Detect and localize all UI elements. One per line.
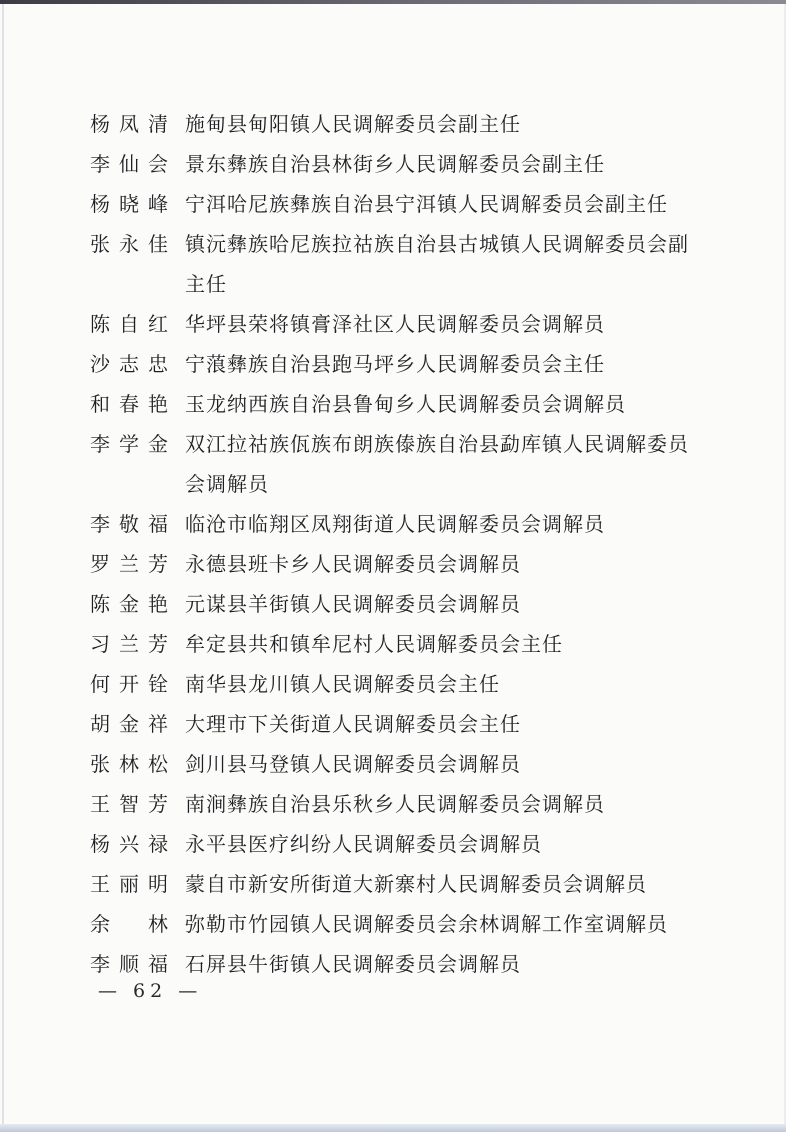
person-name: 李敬福 xyxy=(90,504,168,544)
person-name: 王智芳 xyxy=(90,784,168,824)
scan-edge-left xyxy=(2,4,4,1124)
list-item: 李学金 双江拉祜族佤族布朗族傣族自治县勐库镇人民调解委员会调解员 xyxy=(90,424,693,504)
person-name: 李顺福 xyxy=(90,944,168,984)
person-position: 玉龙纳西族自治县鲁甸乡人民调解委员会调解员 xyxy=(185,384,693,424)
person-position: 华坪县荣将镇膏泽社区人民调解委员会调解员 xyxy=(185,304,693,344)
list-item: 李敬福 临沧市临翔区凤翔街道人民调解委员会调解员 xyxy=(90,504,693,544)
person-name: 胡金祥 xyxy=(90,704,168,744)
list-item: 张永佳 镇沅彝族哈尼族拉祜族自治县古城镇人民调解委员会副主任 xyxy=(90,224,693,304)
list-item: 王智芳 南涧彝族自治县乐秋乡人民调解委员会调解员 xyxy=(90,784,693,824)
person-position: 大理市下关街道人民调解委员会主任 xyxy=(185,704,693,744)
list-item: 罗兰芳 永德县班卡乡人民调解委员会调解员 xyxy=(90,544,693,584)
person-position: 施甸县甸阳镇人民调解委员会副主任 xyxy=(185,104,693,144)
person-position: 宁蒗彝族自治县跑马坪乡人民调解委员会主任 xyxy=(185,344,693,384)
person-name: 罗兰芳 xyxy=(90,544,168,584)
person-position: 石屏县牛街镇人民调解委员会调解员 xyxy=(185,944,693,984)
mediator-honor-roll-list: 杨凤清 施甸县甸阳镇人民调解委员会副主任 李仙会 景东彝族自治县林街乡人民调解委… xyxy=(90,104,693,984)
list-item: 陈自红 华坪县荣将镇膏泽社区人民调解委员会调解员 xyxy=(90,304,693,344)
list-item: 习兰芳 牟定县共和镇牟尼村人民调解委员会主任 xyxy=(90,624,693,664)
person-name: 张永佳 xyxy=(90,224,168,264)
person-position: 永德县班卡乡人民调解委员会调解员 xyxy=(185,544,693,584)
list-item: 李顺福 石屏县牛街镇人民调解委员会调解员 xyxy=(90,944,693,984)
person-name: 李仙会 xyxy=(90,144,168,184)
person-position: 剑川县马登镇人民调解委员会调解员 xyxy=(185,744,693,784)
person-position: 宁洱哈尼族彝族自治县宁洱镇人民调解委员会副主任 xyxy=(185,184,693,224)
person-name: 陈金艳 xyxy=(90,584,168,624)
page-number: — 62 — xyxy=(98,980,202,1002)
person-position: 镇沅彝族哈尼族拉祜族自治县古城镇人民调解委员会副主任 xyxy=(185,224,693,304)
person-name: 沙志忠 xyxy=(90,344,168,384)
person-position: 临沧市临翔区凤翔街道人民调解委员会调解员 xyxy=(185,504,693,544)
person-position: 双江拉祜族佤族布朗族傣族自治县勐库镇人民调解委员会调解员 xyxy=(185,424,693,504)
person-name: 何开铨 xyxy=(90,664,168,704)
person-position: 弥勒市竹园镇人民调解委员会余林调解工作室调解员 xyxy=(185,904,693,944)
person-name: 张林松 xyxy=(90,744,168,784)
person-position: 永平县医疗纠纷人民调解委员会调解员 xyxy=(185,824,693,864)
person-name: 陈自红 xyxy=(90,304,168,344)
person-name: 和春艳 xyxy=(90,384,168,424)
list-item: 何开铨 南华县龙川镇人民调解委员会主任 xyxy=(90,664,693,704)
person-position: 元谋县羊街镇人民调解委员会调解员 xyxy=(185,584,693,624)
list-item: 沙志忠 宁蒗彝族自治县跑马坪乡人民调解委员会主任 xyxy=(90,344,693,384)
list-item: 胡金祥 大理市下关街道人民调解委员会主任 xyxy=(90,704,693,744)
list-item: 王丽明 蒙自市新安所街道大新寨村人民调解委员会调解员 xyxy=(90,864,693,904)
scan-edge-bottom xyxy=(0,1124,786,1132)
list-item: 和春艳 玉龙纳西族自治县鲁甸乡人民调解委员会调解员 xyxy=(90,384,693,424)
person-position: 南涧彝族自治县乐秋乡人民调解委员会调解员 xyxy=(185,784,693,824)
person-position: 牟定县共和镇牟尼村人民调解委员会主任 xyxy=(185,624,693,664)
list-item: 李仙会 景东彝族自治县林街乡人民调解委员会副主任 xyxy=(90,144,693,184)
person-name: 王丽明 xyxy=(90,864,168,904)
person-position: 蒙自市新安所街道大新寨村人民调解委员会调解员 xyxy=(185,864,693,904)
person-name: 李学金 xyxy=(90,424,168,464)
person-name: 杨兴禄 xyxy=(90,824,168,864)
person-name: 习兰芳 xyxy=(90,624,168,664)
list-item: 陈金艳 元谋县羊街镇人民调解委员会调解员 xyxy=(90,584,693,624)
list-item: 杨晓峰 宁洱哈尼族彝族自治县宁洱镇人民调解委员会副主任 xyxy=(90,184,693,224)
list-item: 杨凤清 施甸县甸阳镇人民调解委员会副主任 xyxy=(90,104,693,144)
list-item: 余 林 弥勒市竹园镇人民调解委员会余林调解工作室调解员 xyxy=(90,904,693,944)
person-name: 余 林 xyxy=(90,904,168,944)
person-position: 景东彝族自治县林街乡人民调解委员会副主任 xyxy=(185,144,693,184)
list-item: 杨兴禄 永平县医疗纠纷人民调解委员会调解员 xyxy=(90,824,693,864)
person-name: 杨凤清 xyxy=(90,104,168,144)
list-item: 张林松 剑川县马登镇人民调解委员会调解员 xyxy=(90,744,693,784)
person-position: 南华县龙川镇人民调解委员会主任 xyxy=(185,664,693,704)
scan-edge-top xyxy=(0,0,786,4)
person-name: 杨晓峰 xyxy=(90,184,168,224)
